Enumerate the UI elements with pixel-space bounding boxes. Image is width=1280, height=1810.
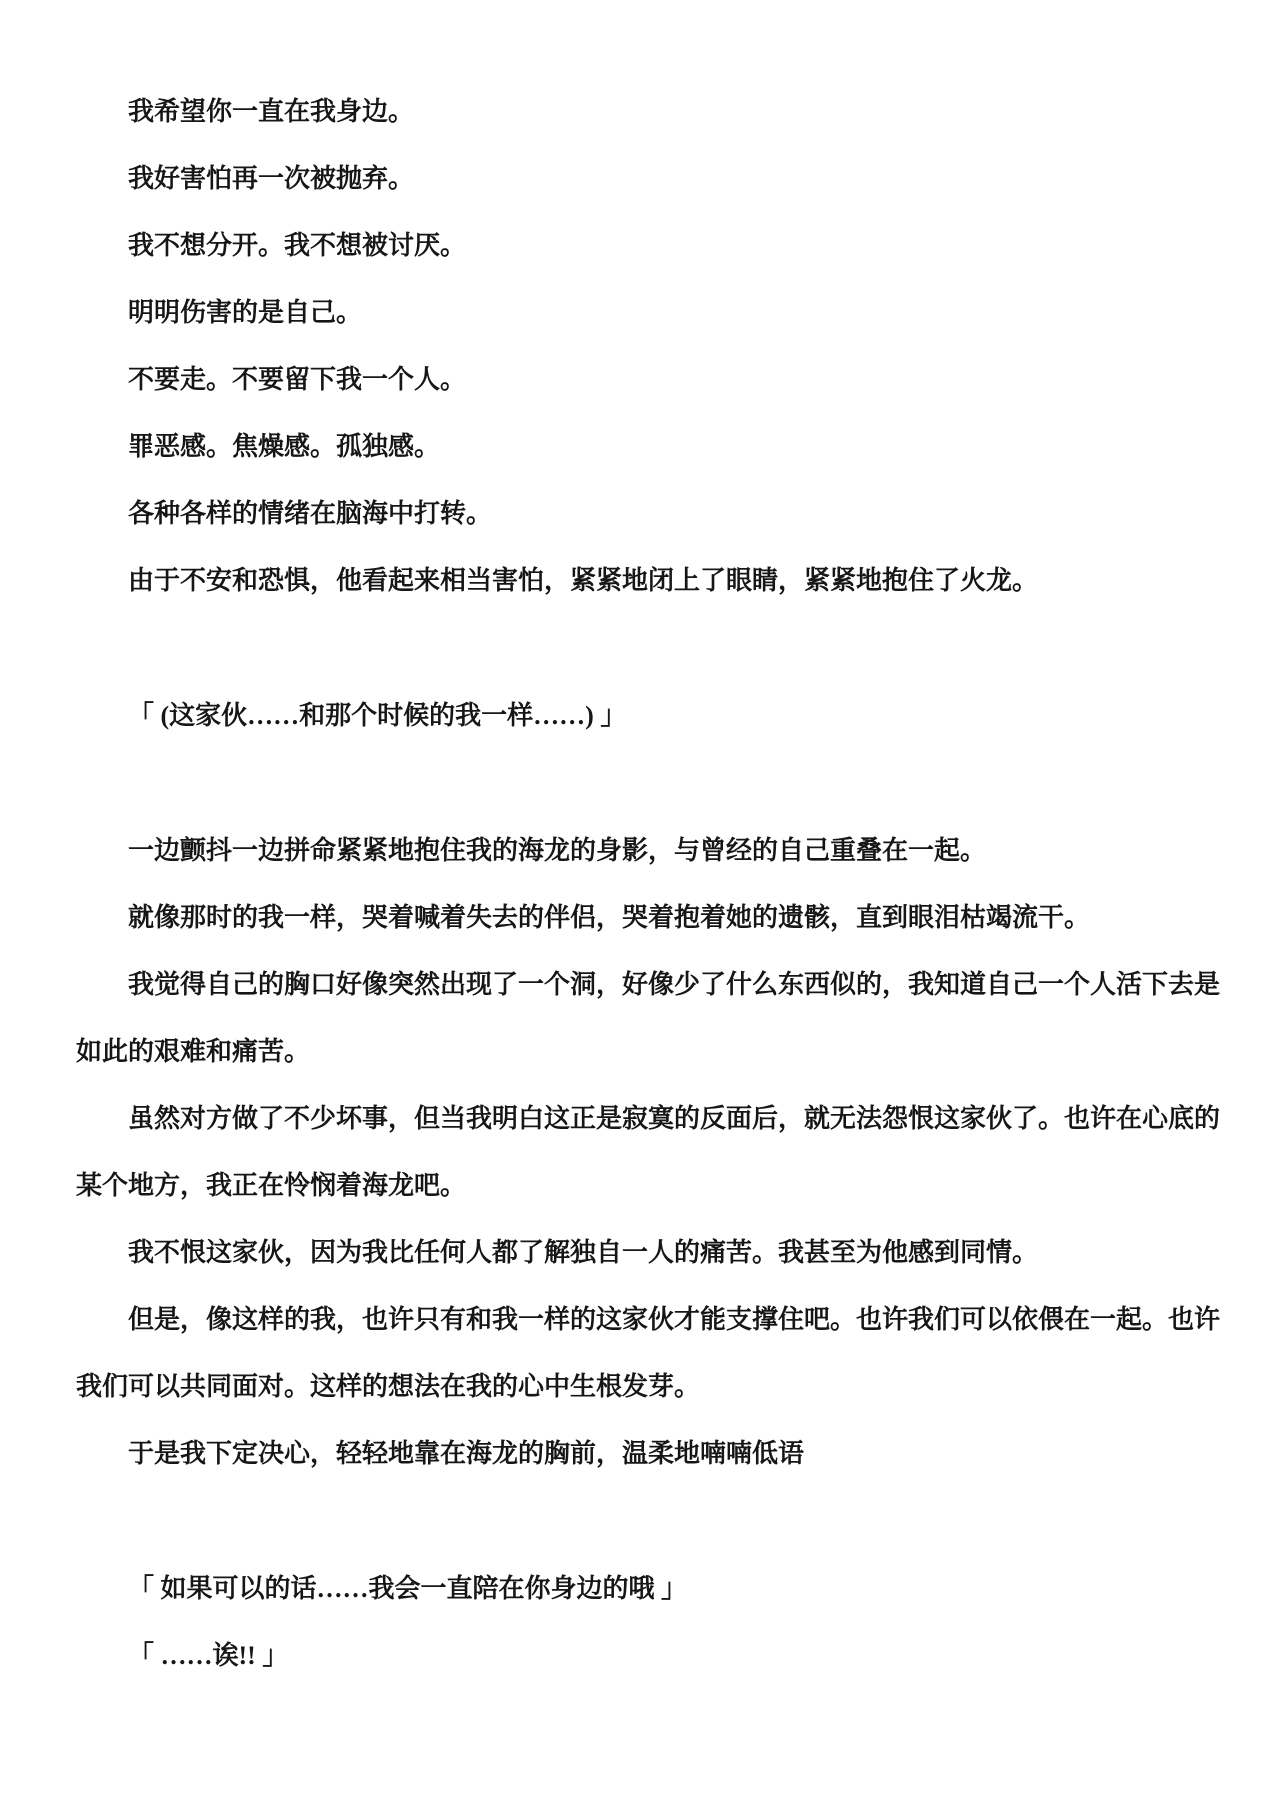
paragraph: 就像那时的我一样，哭着喊着失去的伴侣，哭着抱着她的遗骸，直到眼泪枯竭流干。 [76, 884, 1224, 951]
paragraph: 一边颤抖一边拼命紧紧地抱住我的海龙的身影，与曾经的自己重叠在一起。 [76, 817, 1224, 884]
dialogue-line: 「 (这家伙……和那个时候的我一样……) 」 [76, 682, 1224, 749]
paragraph: 不要走。不要留下我一个人。 [76, 346, 1224, 413]
paragraph: 虽然对方做了不少坏事，但当我明白这正是寂寞的反面后，就无法怨恨这家伙了。也许在心… [76, 1085, 1224, 1219]
paragraph: 明明伤害的是自己。 [76, 279, 1224, 346]
paragraph: 由于不安和恐惧，他看起来相当害怕，紧紧地闭上了眼睛，紧紧地抱住了火龙。 [76, 547, 1224, 614]
dialogue-line: 「 ……诶!! 」 [76, 1622, 1224, 1689]
paragraph: 于是我下定决心，轻轻地靠在海龙的胸前，温柔地喃喃低语 [76, 1420, 1224, 1487]
paragraph: 我好害怕再一次被抛弃。 [76, 145, 1224, 212]
paragraph: 罪恶感。焦燥感。孤独感。 [76, 413, 1224, 480]
paragraph: 我希望你一直在我身边。 [76, 78, 1224, 145]
paragraph: 我不想分开。我不想被讨厌。 [76, 212, 1224, 279]
novel-text-body: 我希望你一直在我身边。我好害怕再一次被抛弃。我不想分开。我不想被讨厌。明明伤害的… [76, 78, 1224, 1689]
paragraph: 各种各样的情绪在脑海中打转。 [76, 480, 1224, 547]
paragraph: 但是，像这样的我，也许只有和我一样的这家伙才能支撑住吧。也许我们可以依偎在一起。… [76, 1286, 1224, 1420]
paragraph: 我不恨这家伙，因为我比任何人都了解独自一人的痛苦。我甚至为他感到同情。 [76, 1219, 1224, 1286]
document-page: 我希望你一直在我身边。我好害怕再一次被抛弃。我不想分开。我不想被讨厌。明明伤害的… [0, 0, 1280, 1810]
paragraph: 我觉得自己的胸口好像突然出现了一个洞，好像少了什么东西似的，我知道自己一个人活下… [76, 951, 1224, 1085]
dialogue-line: 「 如果可以的话……我会一直陪在你身边的哦 」 [76, 1555, 1224, 1622]
